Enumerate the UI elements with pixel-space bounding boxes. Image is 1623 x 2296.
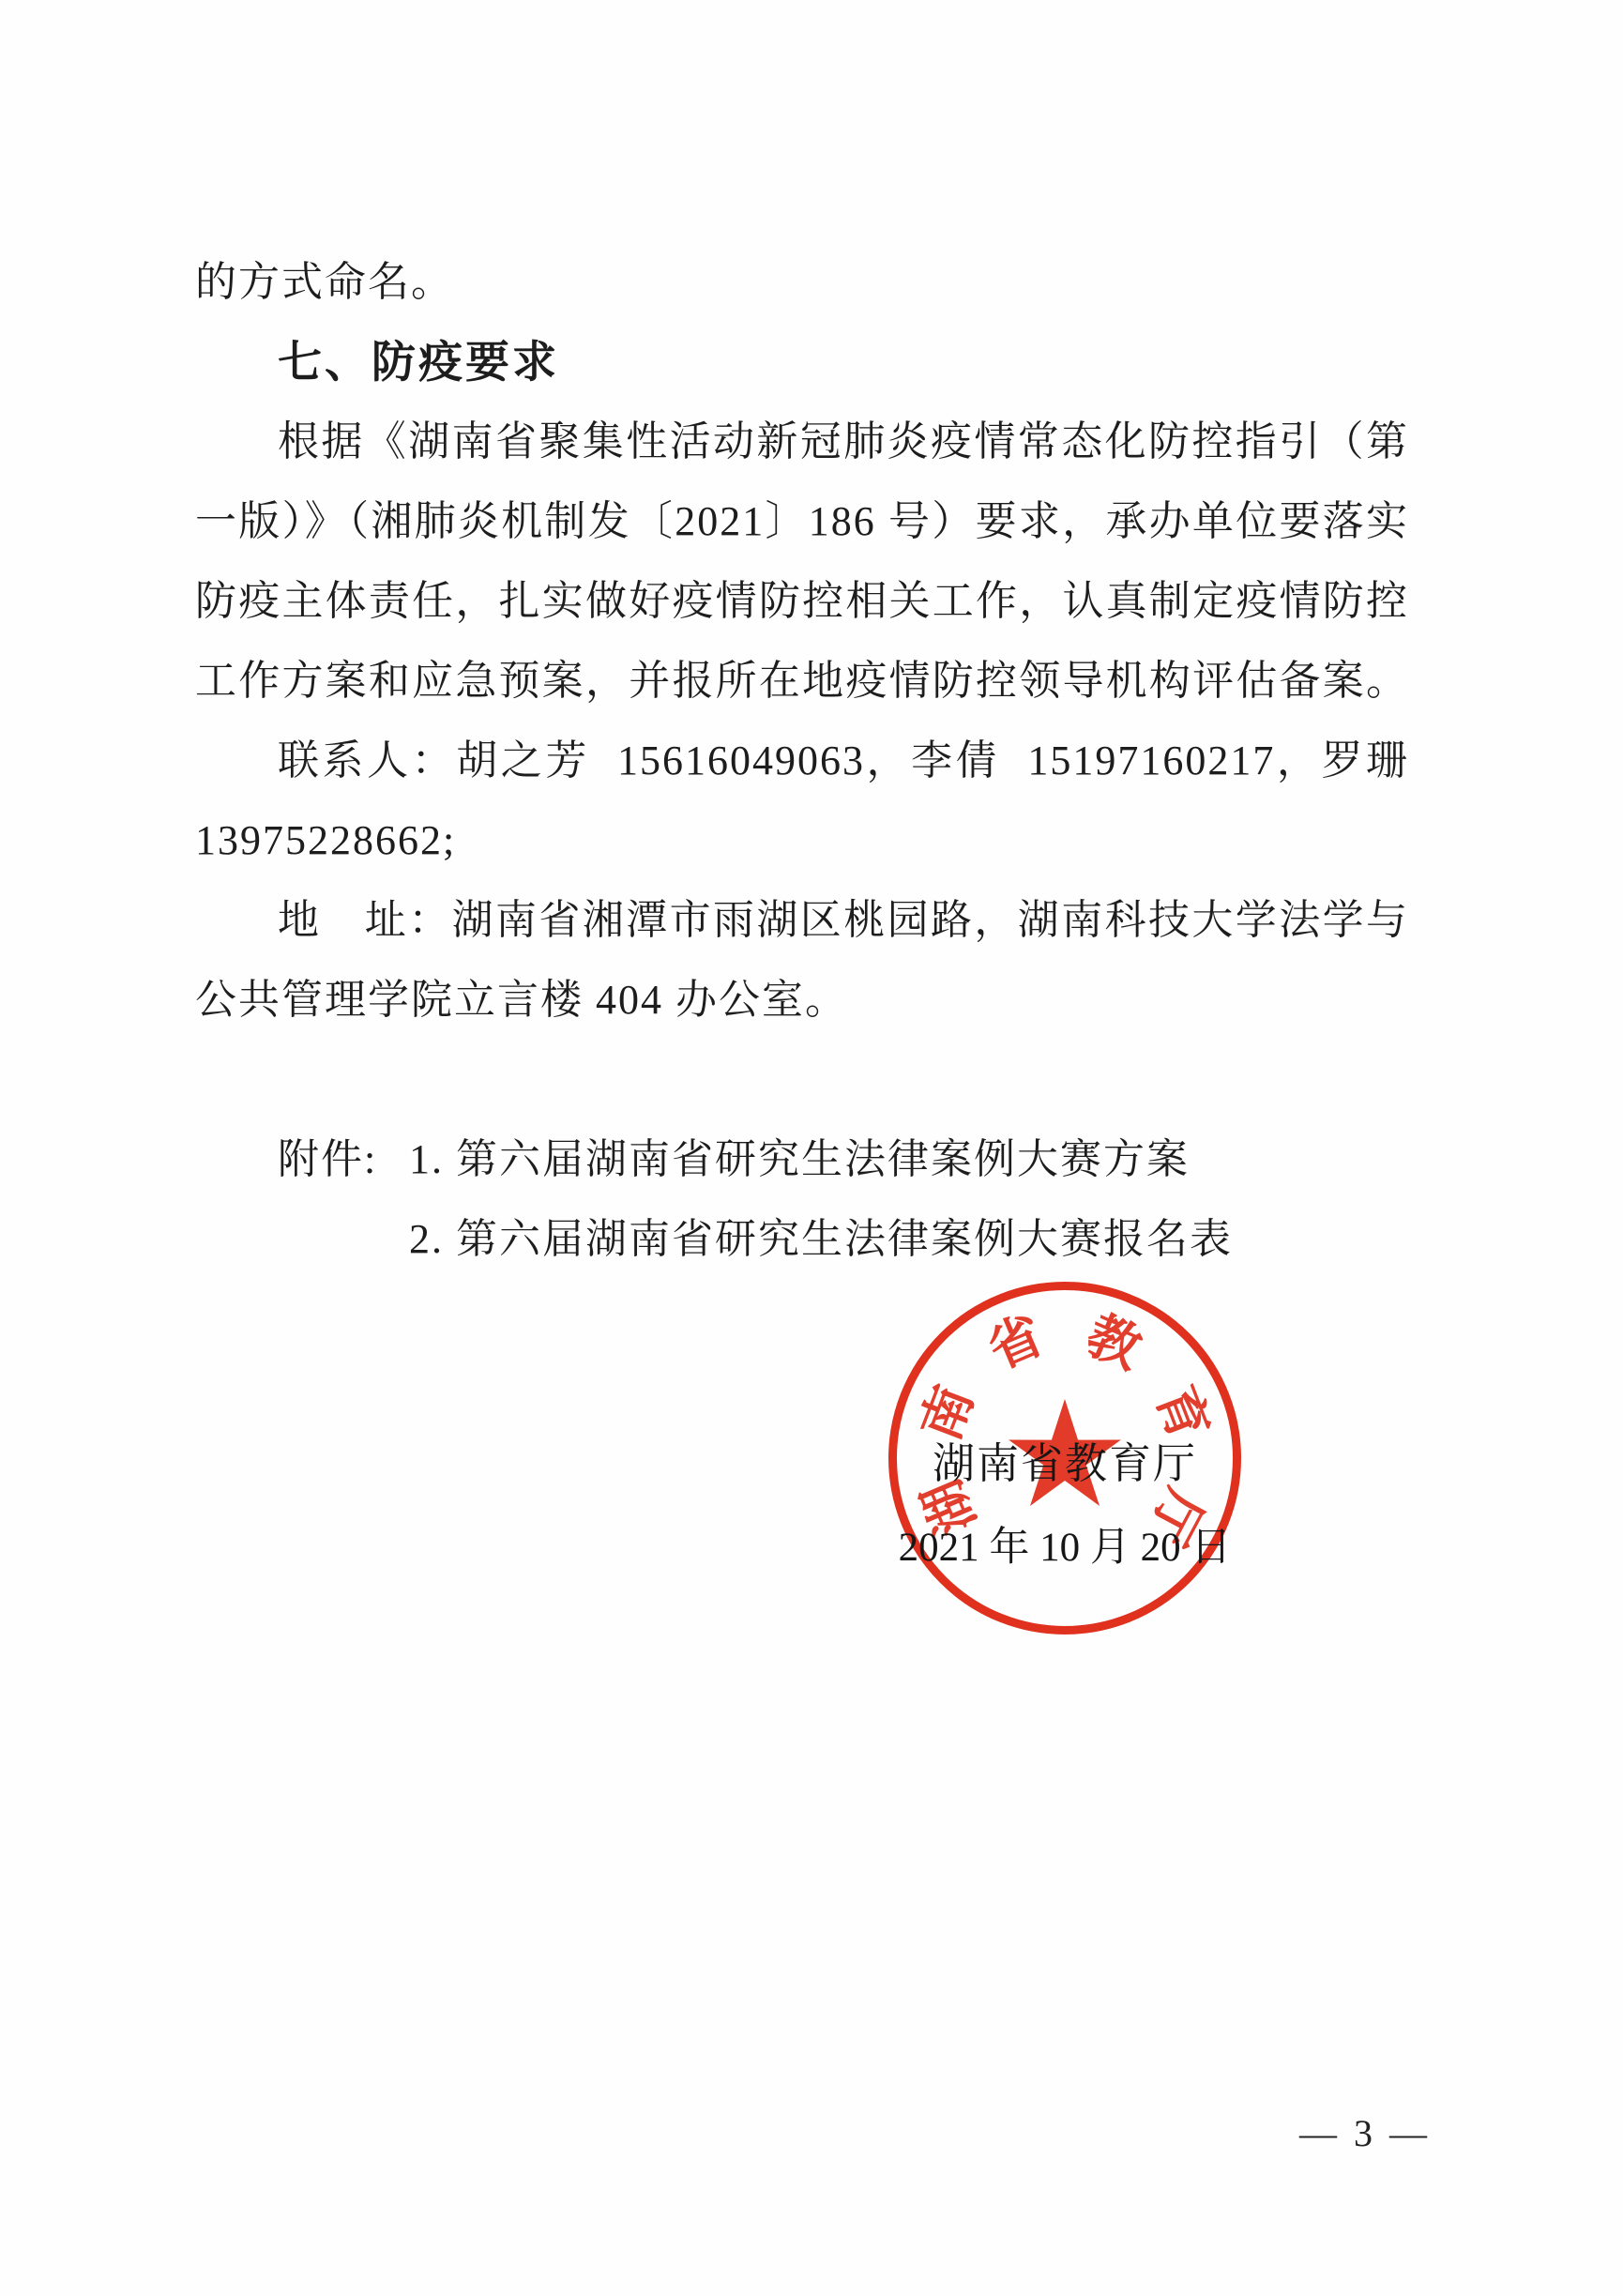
para-epidemic-line2: 一版）》（湘肺炎机制发〔2021〕186 号）要求，承办单位要落实: [195, 481, 1409, 561]
para-contacts-line1: 联系人：胡之芳 15616049063，李倩 15197160217，罗珊: [195, 721, 1409, 800]
document-body: 的方式命名。 七、防疫要求 根据《湖南省聚集性活动新冠肺炎疫情常态化防控指引（第…: [195, 242, 1409, 1279]
attachments-list: 附件: 1. 第六届湖南省研究生法律案例大赛方案 2. 第六届湖南省研究生法律案…: [278, 1119, 1409, 1279]
signature-block: 湖南省教育厅 2021 年 10 月 20 日: [888, 1439, 1241, 1571]
attachment-item-2: 2. 第六届湖南省研究生法律案例大赛报名表: [409, 1199, 1409, 1279]
issuer-signature: 湖南省教育厅: [888, 1439, 1241, 1488]
attachment-item-1: 1. 第六届湖南省研究生法律案例大赛方案: [409, 1119, 1409, 1199]
attachments-label: 附件:: [278, 1119, 409, 1199]
attachments-label-spacer: [278, 1199, 409, 1279]
para-epidemic-line4: 工作方案和应急预案，并报所在地疫情防控领导机构评估备案。: [195, 641, 1409, 721]
seal-ring-char: 南: [900, 1374, 989, 1450]
seal-ring-char: 省: [976, 1294, 1054, 1384]
seal-ring-char: 育: [1141, 1374, 1230, 1450]
para-address-line2: 公共管理学院立言楼 404 办公室。: [195, 960, 1409, 1040]
blank-line: [195, 1040, 1409, 1119]
para-contacts-line2: 13975228662;: [195, 800, 1409, 880]
continuation-line: 的方式命名。: [195, 242, 1409, 322]
seal-ring-char: 教: [1077, 1294, 1155, 1384]
para-epidemic-line3: 防疫主体责任，扎实做好疫情防控相关工作，认真制定疫情防控: [195, 561, 1409, 641]
para-address-line1: 地 址：湖南省湘潭市雨湖区桃园路，湖南科技大学法学与: [195, 880, 1409, 960]
signature-date: 2021 年 10 月 20 日: [888, 1526, 1241, 1571]
para-epidemic-line1: 根据《湖南省聚集性活动新冠肺炎疫情常态化防控指引（第: [195, 402, 1409, 481]
section-heading: 七、防疫要求: [278, 322, 1409, 402]
page-number: — 3 —: [1299, 2111, 1431, 2155]
document-page: 的方式命名。 七、防疫要求 根据《湖南省聚集性活动新冠肺炎疫情常态化防控指引（第…: [0, 0, 1623, 2296]
